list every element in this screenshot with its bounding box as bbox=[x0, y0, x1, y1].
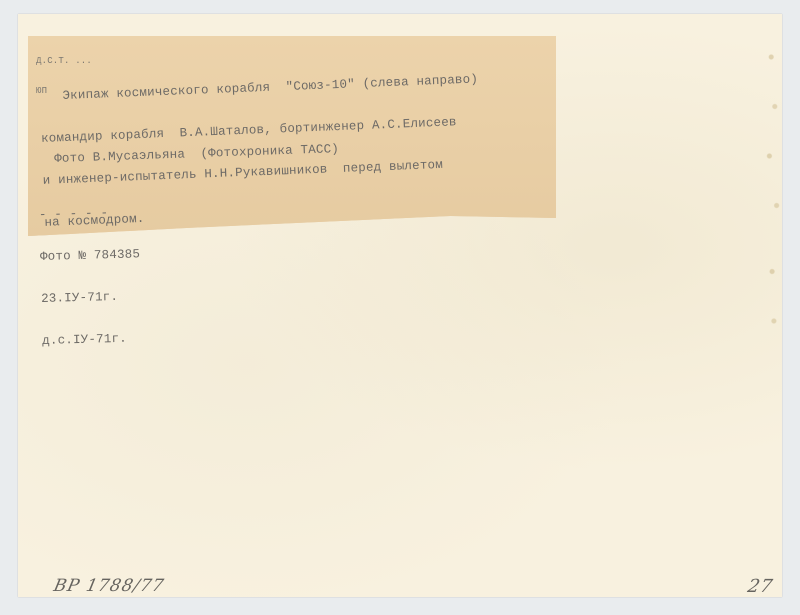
caption-line: Экипаж космического корабля "Союз-10" (с… bbox=[39, 72, 478, 104]
separator: - - - - - bbox=[39, 205, 139, 222]
photo-card-reverse: Д.С.Т. ... ЮП Экипаж космического корабл… bbox=[18, 14, 782, 597]
release-date: д.с.IУ-71г. bbox=[42, 331, 142, 348]
handwritten-archive-number: BP 1788/77 bbox=[52, 576, 166, 596]
photo-metadata: - - - - - Фото № 784385 23.IУ-71г. д.с.I… bbox=[38, 177, 143, 376]
photo-date: 23.IУ-71г. bbox=[41, 289, 141, 306]
photo-number: Фото № 784385 bbox=[40, 247, 140, 264]
caption-line: командир корабля В.А.Шаталов, бортинжене… bbox=[41, 114, 480, 146]
handwritten-sheet-number: 27 bbox=[746, 576, 775, 597]
